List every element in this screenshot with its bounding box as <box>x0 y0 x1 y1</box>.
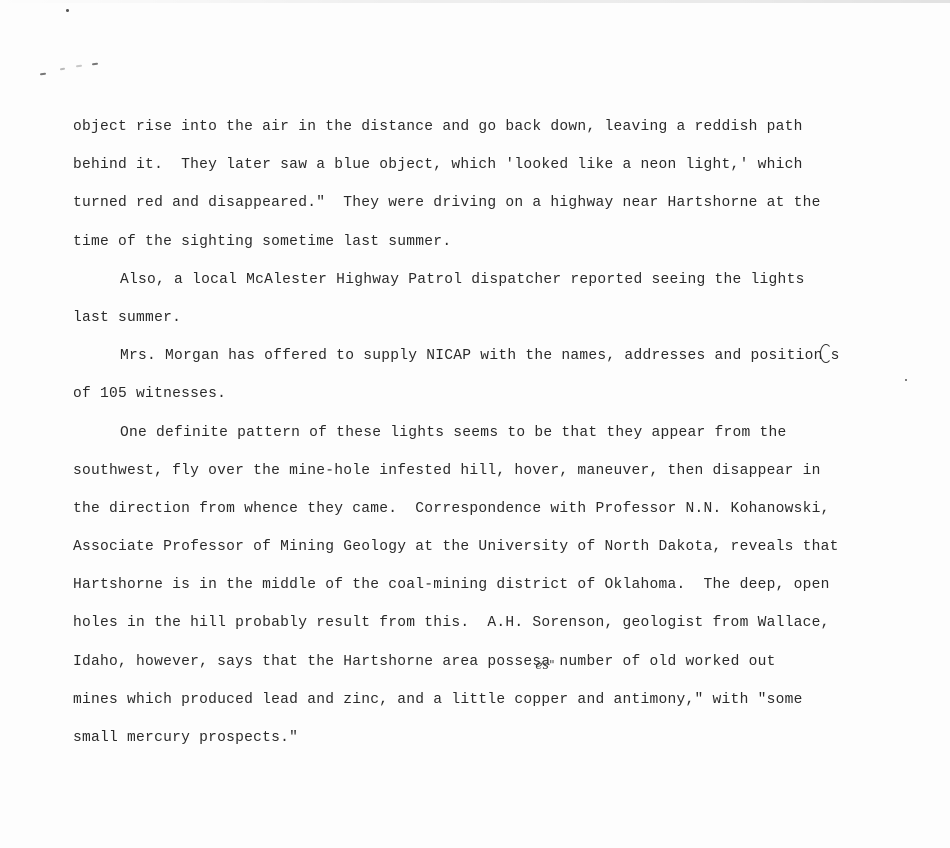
text-line: small mercury prospects." <box>73 726 933 764</box>
document-page: object rise into the air in the distance… <box>0 0 950 848</box>
text-line: turned red and disappeared." They were d… <box>73 191 933 229</box>
text-line: the direction from whence they came. Cor… <box>73 497 933 535</box>
text-line: Associate Professor of Mining Geology at… <box>73 535 933 573</box>
line-text: Idaho, however, says that the Hartshorne… <box>73 654 541 670</box>
text-line: last summer. <box>73 306 933 344</box>
text-line: time of the sighting sometime last summe… <box>73 230 933 268</box>
circled-insertion-letter: s <box>831 348 840 364</box>
text-line: One definite pattern of these lights see… <box>73 421 933 459</box>
line-text: a number of old worked out <box>541 654 775 670</box>
text-line: Idaho, however, says that the Hartshorne… <box>73 650 933 688</box>
ink-speck <box>66 9 69 12</box>
stray-mark <box>60 68 65 71</box>
page-top-edge <box>0 0 950 3</box>
text-line: southwest, fly over the mine-hole infest… <box>73 459 933 497</box>
stray-mark <box>40 73 46 76</box>
text-line: object rise into the air in the distance… <box>73 115 933 153</box>
text-line: Hartshorne is in the middle of the coal-… <box>73 573 933 611</box>
line-text: Mrs. Morgan has offered to supply NICAP … <box>120 348 823 364</box>
text-line: Mrs. Morgan has offered to supply NICAP … <box>73 344 933 382</box>
text-line: behind it. They later saw a blue object,… <box>73 153 933 191</box>
text-line: holes in the hill probably result from t… <box>73 611 933 649</box>
stray-mark <box>76 65 82 68</box>
text-line: Also, a local McAlester Highway Patrol d… <box>73 268 933 306</box>
text-line: mines which produced lead and zinc, and … <box>73 688 933 726</box>
stray-mark <box>92 63 98 66</box>
typed-body-text: object rise into the air in the distance… <box>73 115 933 764</box>
text-line: of 105 witnesses. <box>73 382 933 420</box>
